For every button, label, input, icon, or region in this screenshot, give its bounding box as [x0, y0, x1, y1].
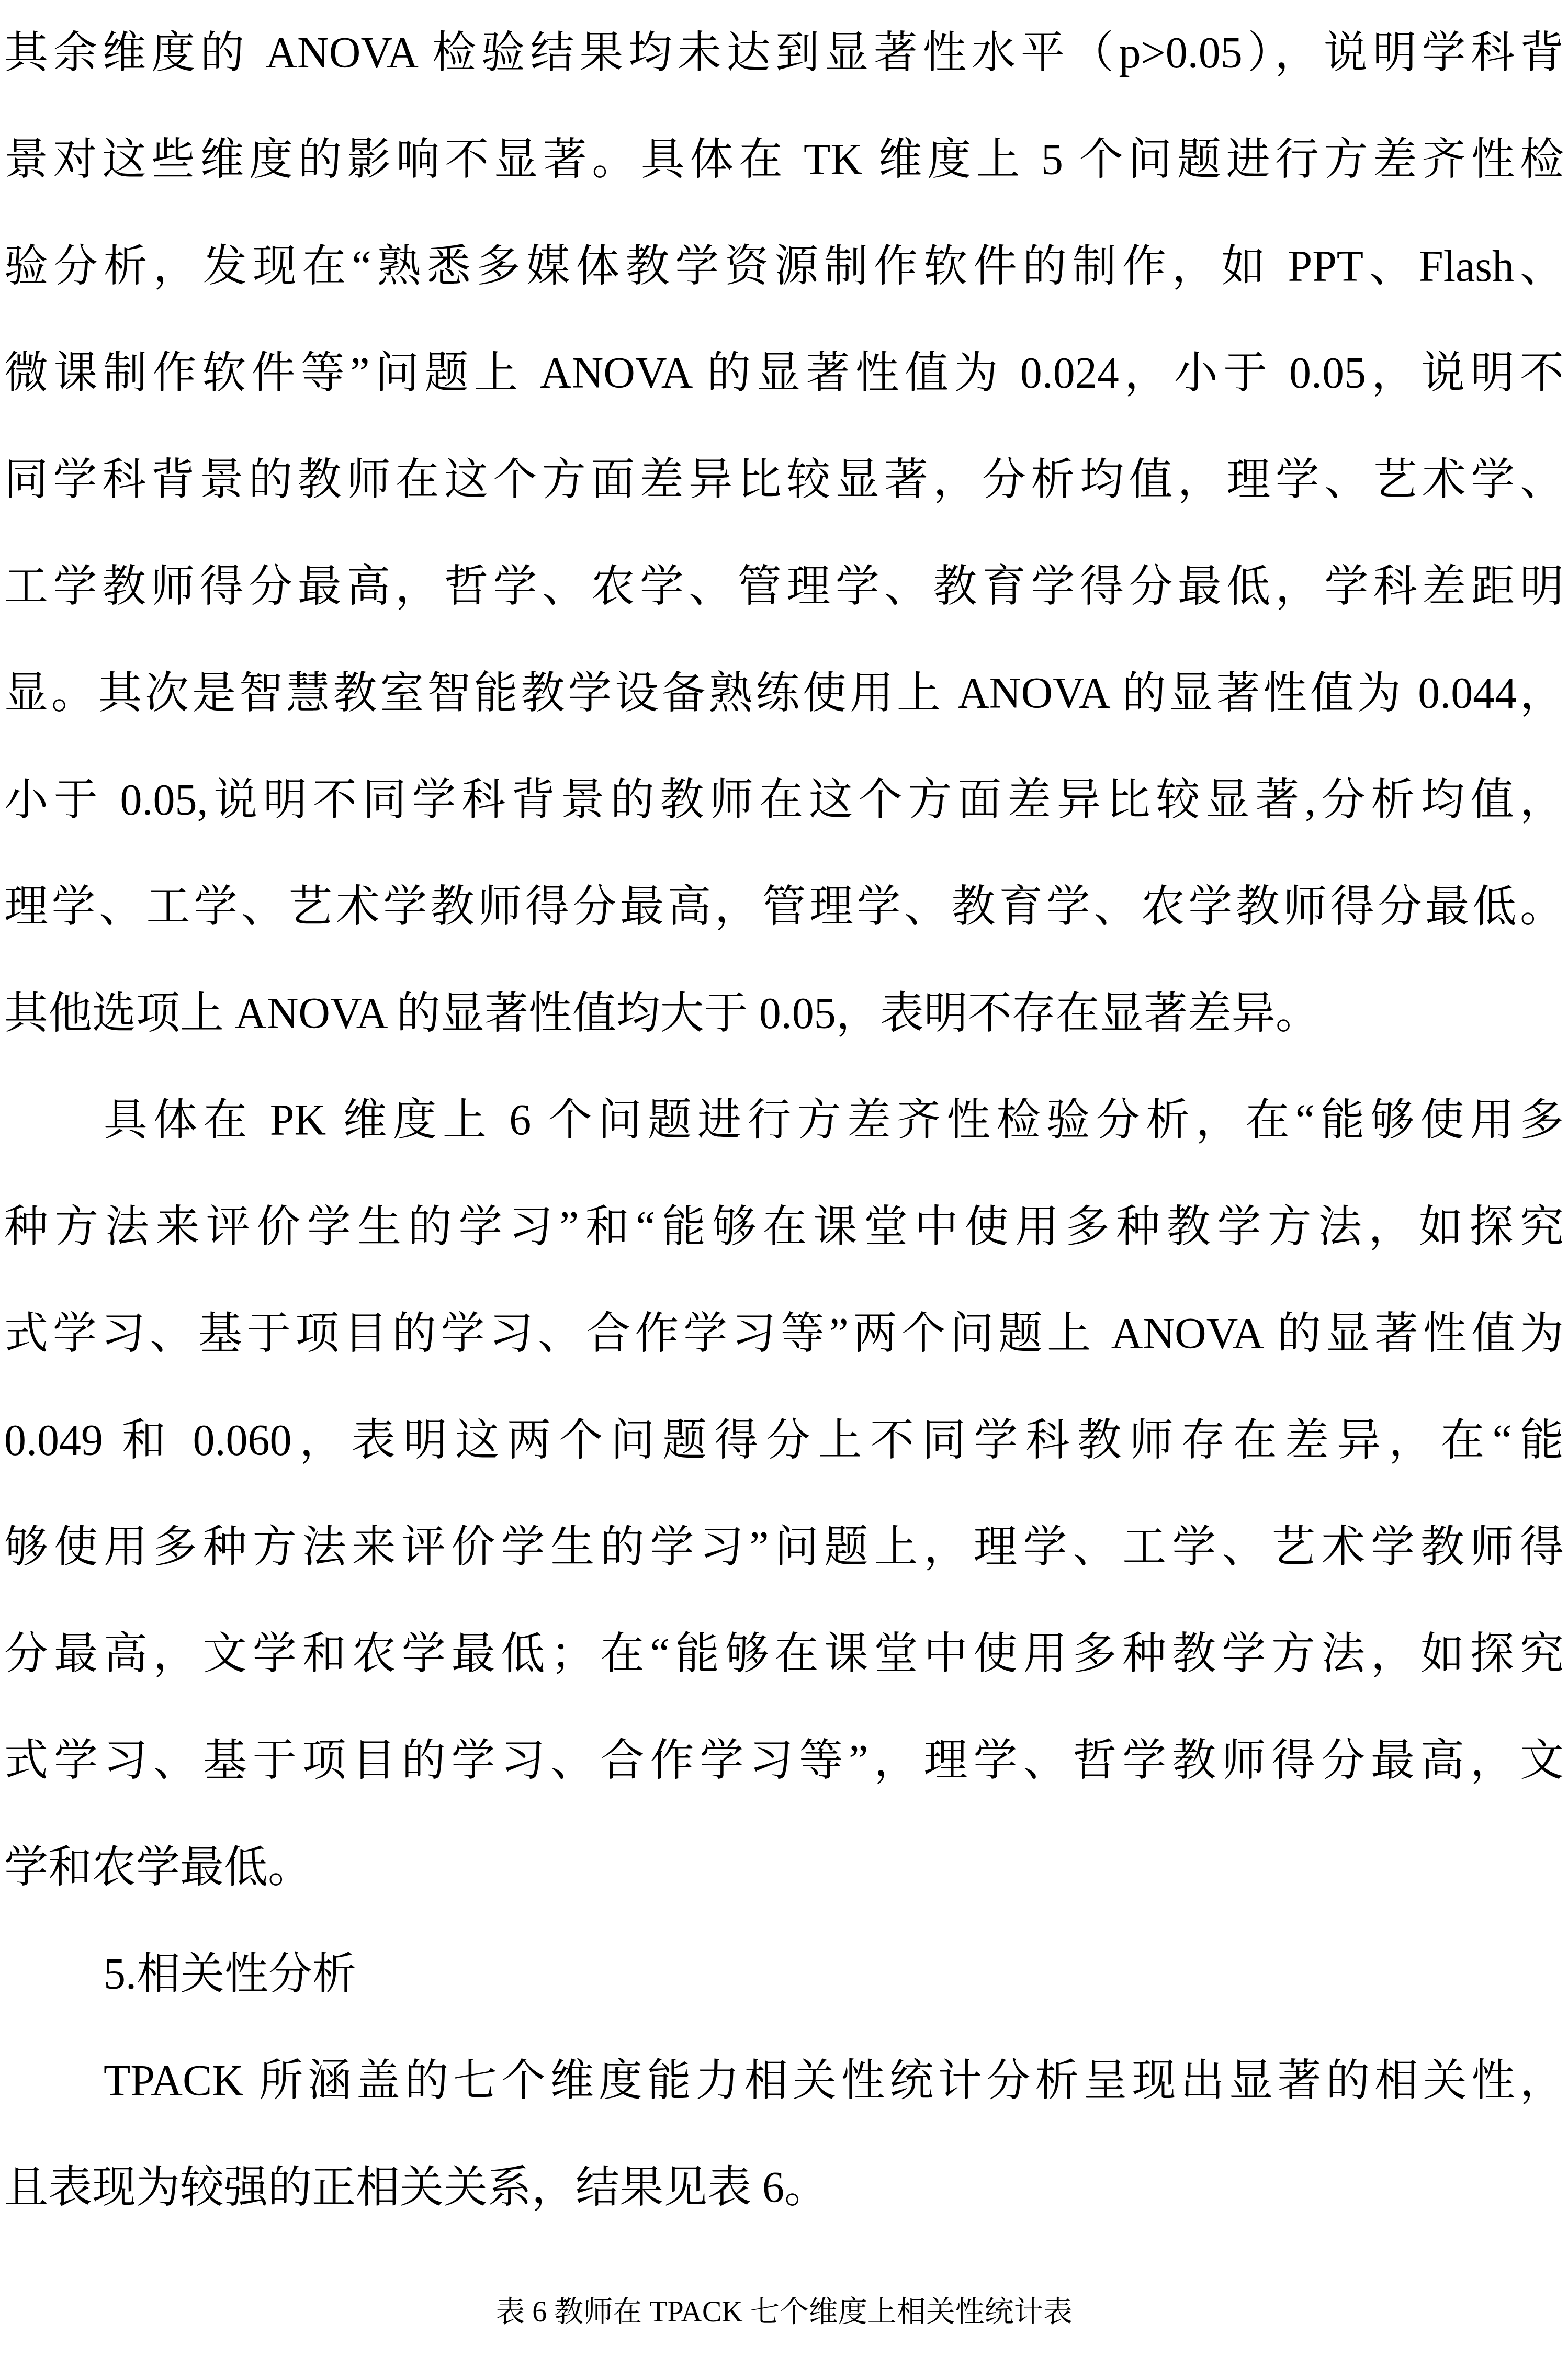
text-line: 其他选项上 ANOVA 的显著性值均大于 0.05，表明不存在显著差异。: [4, 961, 1564, 1067]
text-line: 同学科背景的教师在这个方面差异比较显著，分析均值，理学、艺术学、: [4, 427, 1564, 534]
text-line: 学和农学最低。: [4, 1814, 1564, 1921]
text-line: 式学习、基于项目的学习、合作学习等”两个问题上 ANOVA 的显著性值为: [4, 1281, 1564, 1388]
text-line: 景对这些维度的影响不显著。具体在 TK 维度上 5 个问题进行方差齐性检: [4, 107, 1564, 213]
text-line: 工学教师得分最高，哲学、农学、管理学、教育学得分最低，学科差距明: [4, 534, 1564, 640]
paragraph-tk-anova-results: 其余维度的 ANOVA 检验结果均未达到显著性水平（p>0.05），说明学科背景…: [4, 0, 1564, 1067]
paragraph-pk-anova-results: 具体在 PK 维度上 6 个问题进行方差齐性检验分析，在“能够使用多种方法来评价…: [4, 1067, 1564, 1921]
text-line: 小于 0.05,说明不同学科背景的教师在这个方面差异比较显著,分析均值，: [4, 747, 1564, 854]
document-page: 其余维度的 ANOVA 检验结果均未达到显著性水平（p>0.05），说明学科背景…: [0, 0, 1568, 2357]
text-line: TPACK 所涵盖的七个维度能力相关性统计分析呈现出显著的相关性，: [4, 2028, 1564, 2135]
text-line: 其余维度的 ANOVA 检验结果均未达到显著性水平（p>0.05），说明学科背: [4, 0, 1564, 107]
text-line: 式学习、基于项目的学习、合作学习等”，理学、哲学教师得分最高，文: [4, 1708, 1564, 1814]
paragraph-container: 其余维度的 ANOVA 检验结果均未达到显著性水平（p>0.05），说明学科背景…: [4, 0, 1564, 2241]
table-caption: 表 6 教师在 TPACK 七个维度上相关性统计表: [4, 2288, 1564, 2336]
text-line: 显。其次是智慧教室智能教学设备熟练使用上 ANOVA 的显著性值为 0.044，: [4, 640, 1564, 747]
text-line: 微课制作软件等”问题上 ANOVA 的显著性值为 0.024，小于 0.05，说…: [4, 320, 1564, 427]
text-line: 0.049 和 0.060，表明这两个问题得分上不同学科教师存在差异，在“能: [4, 1388, 1564, 1494]
paragraph-correlation-intro: TPACK 所涵盖的七个维度能力相关性统计分析呈现出显著的相关性，且表现为较强的…: [4, 2028, 1564, 2241]
text-line: 且表现为较强的正相关关系，结果见表 6。: [4, 2135, 1564, 2241]
heading-correlation-analysis: 5.相关性分析: [4, 1921, 1564, 2028]
text-line: 够使用多种方法来评价学生的学习”问题上，理学、工学、艺术学教师得: [4, 1494, 1564, 1601]
text-line: 分最高，文学和农学最低；在“能够在课堂中使用多种教学方法，如探究: [4, 1601, 1564, 1708]
text-line: 理学、工学、艺术学教师得分最高，管理学、教育学、农学教师得分最低。: [4, 854, 1564, 961]
text-line: 种方法来评价学生的学习”和“能够在课堂中使用多种教学方法，如探究: [4, 1174, 1564, 1281]
text-line: 验分析，发现在“熟悉多媒体教学资源制作软件的制作，如 PPT、Flash、: [4, 213, 1564, 320]
text-line: 具体在 PK 维度上 6 个问题进行方差齐性检验分析，在“能够使用多: [4, 1067, 1564, 1174]
text-line: 5.相关性分析: [4, 1921, 1564, 2028]
